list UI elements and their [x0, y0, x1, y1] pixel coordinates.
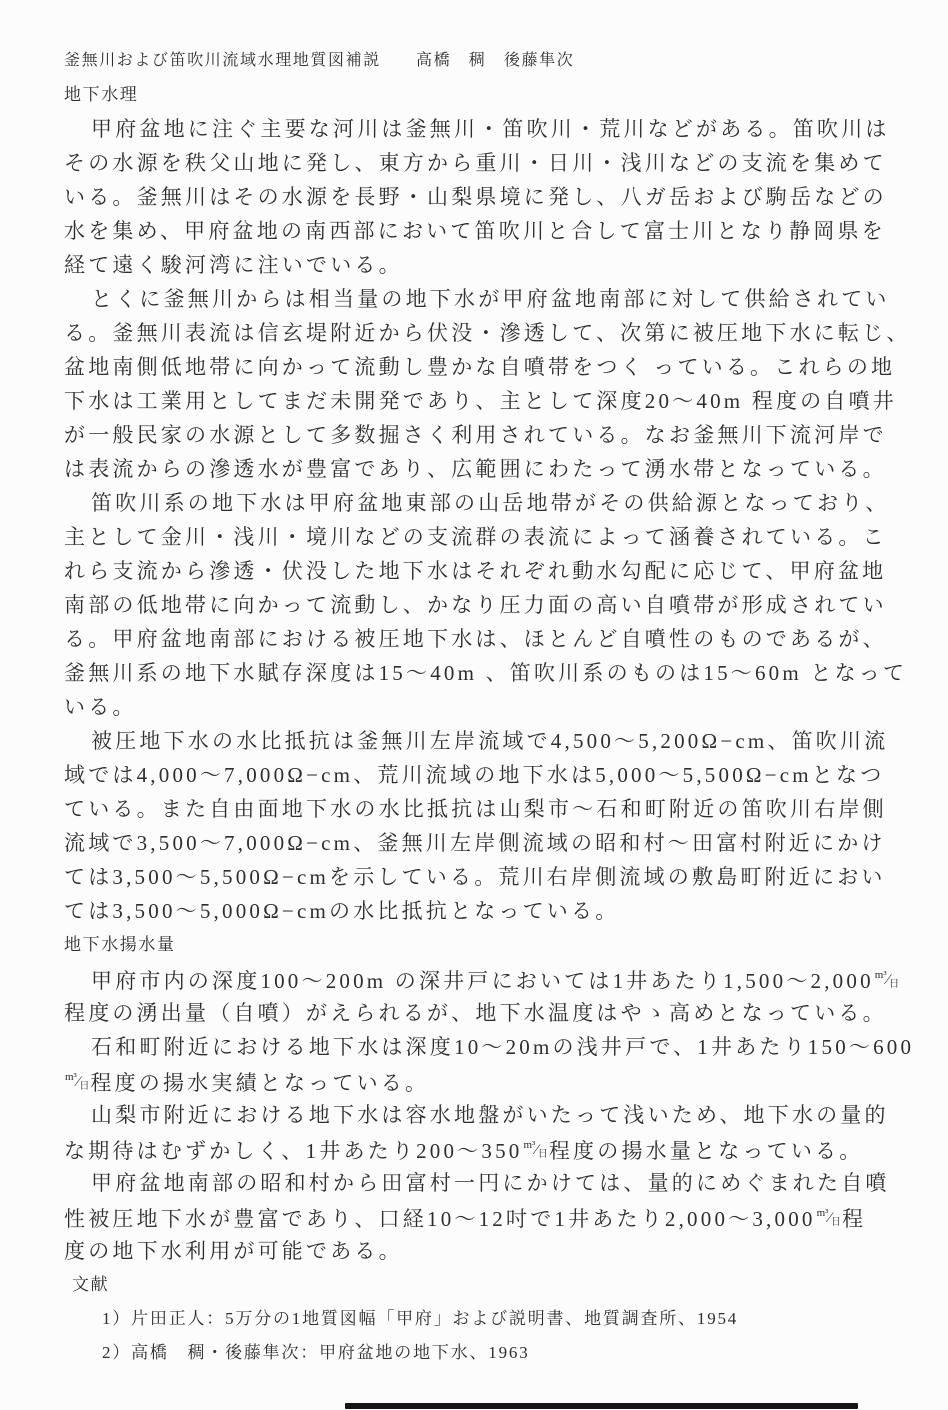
text-line: れら支流から滲透・伏没した地下水はそれぞれ動水勾配に応じて、甲府盆地 — [64, 554, 918, 588]
text-line: る。甲府盆地南部における被圧地下水は、ほとんど自噴性のものであるが、 — [64, 622, 918, 656]
text-line: 性被圧地下水が豊富であり、口経10〜12吋で1井あたり2,000〜3,000m³… — [64, 1200, 918, 1234]
text-line: 盆地南側低地帯に向かって流動し豊かな自噴帯をつく っている。これらの地 — [64, 350, 918, 384]
text-line: る。釜無川表流は信玄堤附近から伏没・滲透して、次第に被圧地下水に転じ、 — [64, 316, 918, 350]
section-heading: 文献 — [64, 1268, 918, 1302]
cubic-meter-per-day-unit: m³⁄日 — [65, 1060, 89, 1104]
text-line: ては3,500〜5,500Ω−cmを示している。荒川右岸側流域の敷島町附近におい — [64, 860, 918, 894]
text-line: 下水は工業用としてまだ未開発であり、主として深度20〜40m 程度の自噴井 — [64, 384, 918, 418]
reference-line: 1）片田正人：5万分の1地質図幅「甲府」および説明書、地質調査所、1954 — [64, 1302, 918, 1336]
text-line: 山梨市附近における地下水は容水地盤がいたって浅いため、地下水の量的 — [64, 1098, 918, 1132]
text-line: 被圧地下水の水比抵抗は釜無川左岸流域で4,500〜5,200Ω−cm、笛吹川流 — [64, 724, 918, 758]
text-line: 甲府盆地に注ぐ主要な河川は釜無川・笛吹川・荒川などがある。笛吹川は — [64, 112, 918, 146]
scan-edge-artifact — [345, 1403, 858, 1409]
text-line: が一般民家の水源として多数掘さく利用されている。なお釜無川下流河岸で — [64, 418, 918, 452]
text-line: その水源を秩父山地に発し、東方から重川・日川・浅川などの支流を集めて — [64, 146, 918, 180]
reference-line: 2）高橋 稠・後藤隼次：甲府盆地の地下水、1963 — [64, 1336, 918, 1370]
text-line: 南部の低地帯に向かって流動し、かなり圧力面の高い自噴帯が形成されてい — [64, 588, 918, 622]
section-heading: 地下水揚水量 — [64, 928, 918, 962]
text-line: いる。 — [64, 690, 918, 724]
cubic-meter-per-day-unit: m³⁄日 — [875, 958, 899, 1002]
text-line: いる。釜無川はその水源を長野・山梨県境に発し、八ガ岳および駒岳などの — [64, 180, 918, 214]
text-line: ては3,500〜5,000Ω−cmの水比抵抗となっている。 — [64, 894, 918, 928]
text-line: 水を集め、甲府盆地の南西部において笛吹川と合して富士川となり静岡県を — [64, 214, 918, 248]
text-line: 度の地下水利用が可能である。 — [64, 1234, 918, 1268]
document-title: 釜無川および笛吹川流域水理地質図補説 高橋 稠 後藤隼次 — [64, 44, 918, 78]
text-line: 釜無川系の地下水賦存深度は15〜40m 、笛吹川系のものは15〜60m となって — [64, 656, 918, 690]
text-line: 域では4,000〜7,000Ω−cm、荒川流域の地下水は5,000〜5,500Ω… — [64, 758, 918, 792]
text-line: 流域で3,500〜7,000Ω−cm、釜無川左岸側流域の昭和村〜田富村附近にかけ — [64, 826, 918, 860]
text-line: は表流からの滲透水が豊富であり、広範囲にわたって湧水帯となっている。 — [64, 452, 918, 486]
cubic-meter-per-day-unit: m³⁄日 — [523, 1128, 547, 1172]
document-lines: 釜無川および笛吹川流域水理地質図補説 高橋 稠 後藤隼次地下水理甲府盆地に注ぐ主… — [64, 44, 918, 1370]
document-page: 釜無川および笛吹川流域水理地質図補説 高橋 稠 後藤隼次地下水理甲府盆地に注ぐ主… — [0, 0, 948, 1370]
text-line: ている。また自由面地下水の水比抵抗は山梨市〜石和町附近の笛吹川右岸側 — [64, 792, 918, 826]
text-line: 甲府盆地南部の昭和村から田富村一円にかけては、量的にめぐまれた自噴 — [64, 1166, 918, 1200]
text-line: とくに釜無川からは相当量の地下水が甲府盆地南部に対して供給されてい — [64, 282, 918, 316]
text-line: 程度の湧出量（自噴）がえられるが、地下水温度はやゝ高めとなっている。 — [64, 996, 918, 1030]
text-line: な期待はむずかしく、1井あたり200〜350m³⁄日程度の揚水量となっている。 — [64, 1132, 918, 1166]
text-line: 経て遠く駿河湾に注いでいる。 — [64, 248, 918, 282]
text-line: 主として金川・浅川・境川などの支流群の表流によって涵養されている。こ — [64, 520, 918, 554]
text-line: m³⁄日程度の揚水実績となっている。 — [64, 1064, 918, 1098]
text-line: 笛吹川系の地下水は甲府盆地東部の山岳地帯がその供給源となっており、 — [64, 486, 918, 520]
text-line: 石和町附近における地下水は深度10〜20mの浅井戸で、1井あたり150〜600 — [64, 1030, 918, 1064]
section-heading: 地下水理 — [64, 78, 918, 112]
cubic-meter-per-day-unit: m³⁄日 — [817, 1196, 841, 1240]
text-line: 甲府市内の深度100〜200m の深井戸においては1井あたり1,500〜2,00… — [64, 962, 918, 996]
